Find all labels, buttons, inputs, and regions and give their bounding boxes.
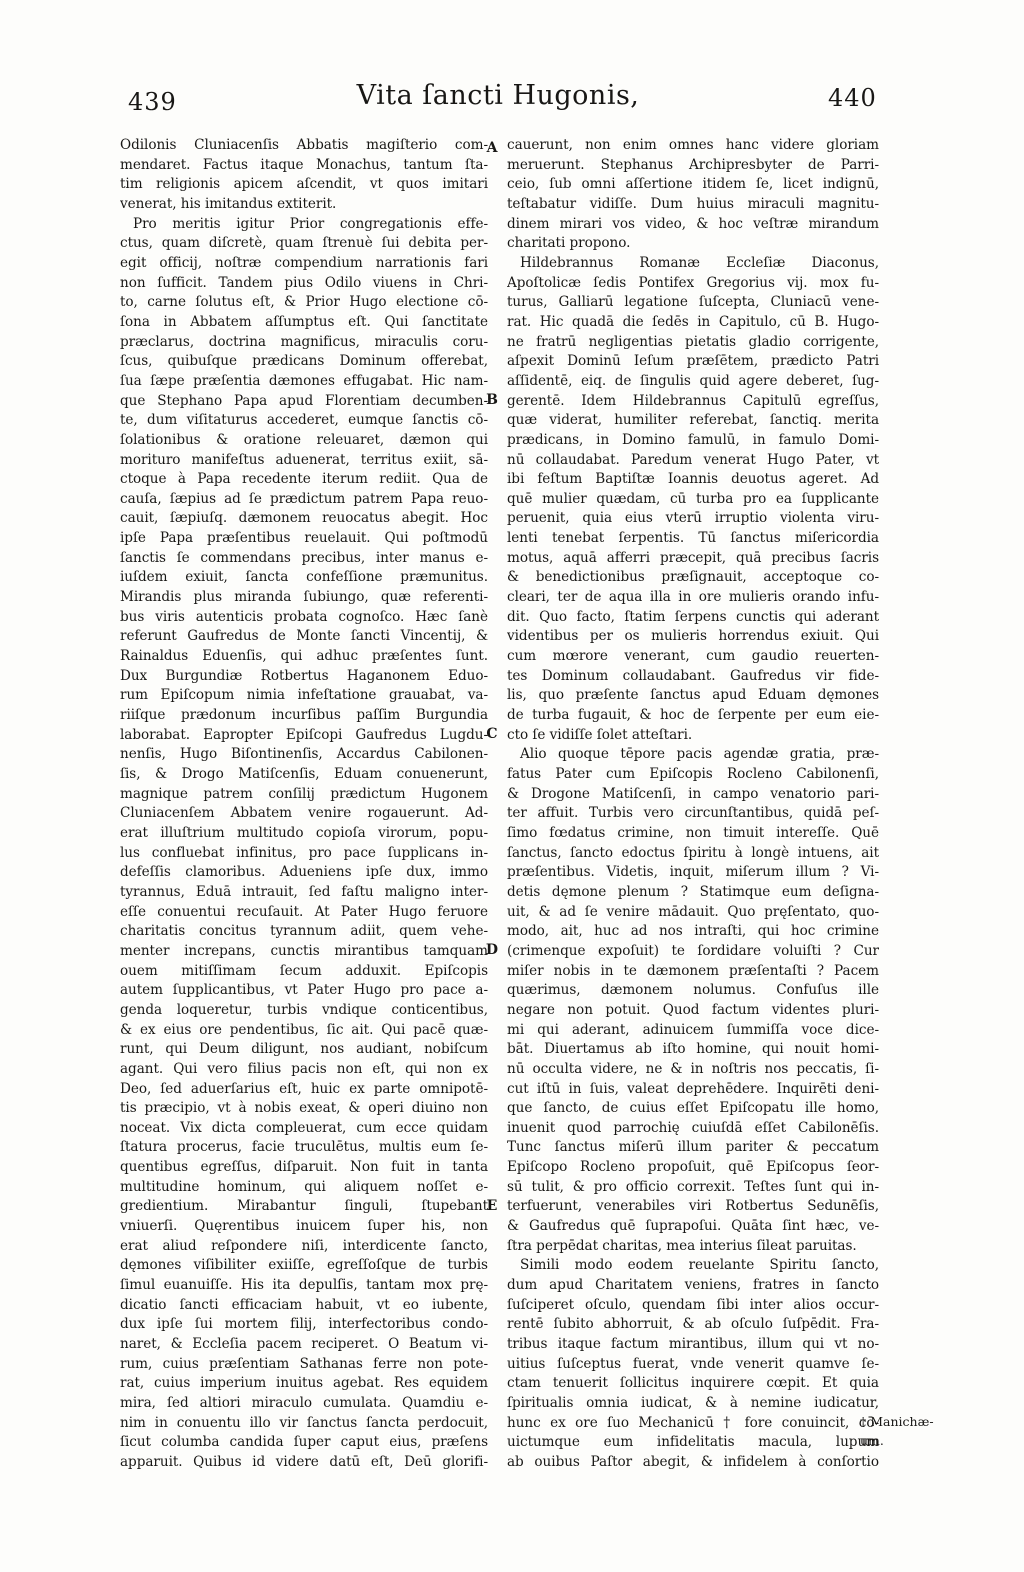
text-line: ſimo fœdatus crimine, non timuit intereſ…	[507, 824, 879, 844]
text-line: negare non potuit. Quod factum videntes …	[507, 1001, 879, 1021]
text-line: ſanctis ſe commendans precibus, inter ma…	[120, 549, 488, 569]
text-line: Alio quoque tēpore pacis agendæ gratia, …	[507, 745, 879, 765]
document-page: 439 Vita ſancti Hugonis, 440 Odilonis Cl…	[0, 0, 1024, 1572]
text-line: charitati propono.	[507, 234, 879, 254]
text-line: ſcus, quibuſque prædicans Dominum offere…	[120, 352, 488, 372]
text-line: ſtatura procerus, facie truculētus, mult…	[120, 1138, 488, 1158]
text-line: ſuſciperet oſculo, quendam ſibi inter al…	[507, 1296, 879, 1316]
text-line: & benedictionibus præſignauit, acceptoqu…	[507, 568, 879, 588]
text-line: nim in conuentu illo vir ſanctus ſancta …	[120, 1414, 488, 1434]
text-line: & ex eius ore pendentibus, ſic ait. Qui …	[120, 1021, 488, 1041]
text-line: quærimus, dæmonem nolumus. Confuſus ille	[507, 981, 879, 1001]
text-line: rentē ſubito abhorruit, & ab oſculo ſuſp…	[507, 1315, 879, 1335]
text-line: mi qui aderant, adinuicem ſummiſſa voce …	[507, 1021, 879, 1041]
marginal-note-line: um.	[860, 1431, 970, 1450]
text-line: præſentibus. Videtis, inquit, miſerum il…	[507, 863, 879, 883]
text-line: mira, ſed altiori miraculo cumulata. Qua…	[120, 1394, 488, 1414]
marginal-note-line: † Manichæ-	[860, 1412, 970, 1431]
text-line: rum, cuius præſentiam Sathanas ferre non…	[120, 1355, 488, 1375]
text-line: terfuerunt, venerabiles viri Rotbertus S…	[507, 1197, 879, 1217]
text-line: lenti tenebat ſerpentis. Tū ſanctus miſe…	[507, 529, 879, 549]
text-line: & Drogone Matiſcenſi, in campo venatorio…	[507, 785, 879, 805]
text-line: tribus itaque factum mirantibus, illum q…	[507, 1335, 879, 1355]
text-line: Odilonis Cluniacenſis Abbatis magiſterio…	[120, 136, 488, 156]
text-line: cauſa, ſæpius ad ſe prædictum patrem Pap…	[120, 490, 488, 510]
text-line: egit officij, noſtræ compendium narratio…	[120, 254, 488, 274]
text-line: & Gaufredus quē ſuprapoſui. Quāta ſint h…	[507, 1217, 879, 1237]
text-line: te, dum viſitaturus accederet, eumque ſa…	[120, 411, 488, 431]
text-line: sū tulit, & pro officio correxit. Teſtes…	[507, 1178, 879, 1198]
text-line: peruenit, quia eius vterū irruptio viole…	[507, 509, 879, 529]
text-line: uitius ſuſceptus fuerat, vnde venerit qu…	[507, 1355, 879, 1375]
text-line: lus confluebat infinitus, pro pace ſuppl…	[120, 844, 488, 864]
text-line: morituro manifeſtus aduenerat, territus …	[120, 451, 488, 471]
text-line: meruerunt. Stephanus Archipresbyter de P…	[507, 156, 879, 176]
text-line: gredientium. Mirabantur ſinguli, ſtupeba…	[120, 1197, 488, 1217]
text-line: quentibus egreſſus, diſparuit. Non fuit …	[120, 1158, 488, 1178]
text-line: cleari, ter de aqua illa in ore mulieris…	[507, 588, 879, 608]
text-line: teſtabatur vidiſſe. Dum huius miraculi m…	[507, 195, 879, 215]
text-line: videntibus per os mulieris horrendus exi…	[507, 627, 879, 647]
text-line: Pro meritis igitur Prior congregationis …	[120, 215, 488, 235]
text-line: laborabat. Eapropter Epiſcopi Gaufredus …	[120, 726, 488, 746]
text-line: Epiſcopo Rocleno propoſuit, quē Epiſcopu…	[507, 1158, 879, 1178]
text-line: aſpexit Dominū Ieſum præſētem, prædicto …	[507, 352, 879, 372]
text-line: to, carne ſolutus eſt, & Prior Hugo elec…	[120, 293, 488, 313]
text-line: ſis, & Drogo Matiſcenſis, Eduam conuener…	[120, 765, 488, 785]
text-line: defeſſis clamoribus. Adueniens ipſe dux,…	[120, 863, 488, 883]
text-column-left: Odilonis Cluniacenſis Abbatis magiſterio…	[120, 136, 488, 1473]
text-line: riiſque prædonum incurſibus paſſim Burgu…	[120, 706, 488, 726]
text-line: nū collaudabat. Paredum venerat Hugo Pat…	[507, 451, 879, 471]
text-line: ſimul euanuiſſe. His ita depulſis, tanta…	[120, 1276, 488, 1296]
marginal-note: † Manichæ- um.	[860, 1412, 970, 1450]
text-line: iuſdem exiuit, ſancta confeſſione præmun…	[120, 568, 488, 588]
text-line: hunc ex ore ſuo Mechanicū † fore conuinc…	[507, 1414, 879, 1434]
text-line: dinem mirari vos video, & hoc veſtræ mir…	[507, 215, 879, 235]
text-line: Simili modo eodem reuelante Spiritu ſanc…	[507, 1256, 879, 1276]
text-line: ſpiritualis omnia iudicat, & à nemine iu…	[507, 1394, 879, 1414]
text-line: erat illuſtrium multitudo copioſa viroru…	[120, 824, 488, 844]
text-line: tis præcipio, vt à nobis exeat, & operi …	[120, 1099, 488, 1119]
text-line: bāt. Diuertamus ab iſto homine, qui noui…	[507, 1040, 879, 1060]
text-line: motus, aquā afferri præcepit, quā precib…	[507, 549, 879, 569]
text-line: tim religionis apicem aſcendit, vt quos …	[120, 175, 488, 195]
margin-letter-b: B	[483, 392, 501, 408]
page-number-right: 440	[828, 84, 877, 112]
text-line: ipſe Papa præſentibus reuelauit. Qui poſ…	[120, 529, 488, 549]
text-line: tes Dominum collaudabant. Gaufredus vir …	[507, 667, 879, 687]
text-line: ab ouibus Paſtor abegit, & infidelem à c…	[507, 1453, 879, 1473]
text-line: magnique patrem conſilij prædictum Hugon…	[120, 785, 488, 805]
text-line: prædicans, in Domino famulū, in famulo D…	[507, 431, 879, 451]
text-line: apparuit. Quibus id videre datū eſt, Deū…	[120, 1453, 488, 1473]
text-line: ſona in Abbatem aſſumptus eſt. Qui ſanct…	[120, 313, 488, 333]
text-line: ſanctus, ſancto edoctus ſpiritu à longè …	[507, 844, 879, 864]
text-line: ſua ſæpe præſentia dæmones effugabat. Hi…	[120, 372, 488, 392]
text-line: gerentē. Idem Hildebrannus Capitulū egre…	[507, 392, 879, 412]
text-line: quē mulier quædam, cū turba pro ea ſuppl…	[507, 490, 879, 510]
text-line: multitudine hominum, qui aliquem noſſet …	[120, 1178, 488, 1198]
text-line: noceat. Vix dicta compleuerat, cum ecce …	[120, 1119, 488, 1139]
text-line: uictumque eum infidelitatis macula, lupu…	[507, 1433, 879, 1453]
text-line: detis dęmone plenum ? Statimque eum deſi…	[507, 883, 879, 903]
text-line: turus, Galliarū legatione ſuſcepta, Clun…	[507, 293, 879, 313]
text-line: runt, qui Deum diligunt, nos audiant, no…	[120, 1040, 488, 1060]
text-line: ceio, ſub omni aſſertione itidem ſe, lic…	[507, 175, 879, 195]
text-line: non ſufficit. Tandem pius Odilo viuens i…	[120, 274, 488, 294]
text-line: dum apud Charitatem veniens, fratres in …	[507, 1276, 879, 1296]
text-line: Hildebrannus Romanæ Eccleſiæ Diaconus,	[507, 254, 879, 274]
text-line: menter increpans, cunctis mirantibus tam…	[120, 942, 488, 962]
text-line: mendaret. Factus itaque Monachus, tantum…	[120, 156, 488, 176]
text-line: miſer nobis in te dæmonem præſentaſti ? …	[507, 962, 879, 982]
text-line: que Stephano Papa apud Florentiam decumb…	[120, 392, 488, 412]
text-line: eſſe conuentui recuſauit. At Pater Hugo …	[120, 903, 488, 923]
text-line: referunt Gaufredus de Monte ſancti Vince…	[120, 627, 488, 647]
text-line: aſſidentē, eiq. de ſingulis quid agere d…	[507, 372, 879, 392]
text-line: ctoque à Papa recedente iterum rediit. Q…	[120, 470, 488, 490]
text-line: Apoſtolicæ ſedis Pontifex Gregorius vij.…	[507, 274, 879, 294]
text-line: lis, quo præſente ſanctus apud Eduam dęm…	[507, 686, 879, 706]
text-line: ibi feſtum Baptiſtæ Ioannis deuotus ager…	[507, 470, 879, 490]
text-line: cauit, ſæpiuſq. dæmonem reuocatus abegit…	[120, 509, 488, 529]
text-line: inuenit quod parrochię cuiuſdā eſſet Cab…	[507, 1119, 879, 1139]
text-line: cto ſe vidiſſe ſolet atteſtari.	[507, 726, 879, 746]
text-line: ne fratrū negligentias pietatis gladio c…	[507, 333, 879, 353]
text-column-right: cauerunt, non enim omnes hanc videre glo…	[507, 136, 879, 1473]
text-line: (crimenque expoſuit) te ſordidare voluiſ…	[507, 942, 879, 962]
text-line: ſtra perpēdat charitas, mea interius ſil…	[507, 1237, 879, 1257]
text-line: cum mœrore venerant, cum gaudio reuerten…	[507, 647, 879, 667]
text-line: dit. Quo facto, ſtatim ſerpens cunctis q…	[507, 608, 879, 628]
text-line: dicatio ſancti efficaciam habuit, vt eo …	[120, 1296, 488, 1316]
text-line: uit, & ad ſe venire mādauit. Quo pręſent…	[507, 903, 879, 923]
text-line: genda loqueretur, turbis vndique contice…	[120, 1001, 488, 1021]
margin-letter-c: C	[483, 726, 501, 742]
text-line: erat aliud reſpondere niſi, interdicente…	[120, 1237, 488, 1257]
text-line: præclarus, doctrina magnificus, miraculi…	[120, 333, 488, 353]
text-line: vniuerſi. Quęrentibus inuicem ſuper his,…	[120, 1217, 488, 1237]
text-line: rat. Hic quadā die ſedēs in Capitulo, cū…	[507, 313, 879, 333]
text-line: ctam tenuerit ſollicitus inquirere cœpit…	[507, 1374, 879, 1394]
margin-letter-a: A	[483, 140, 501, 156]
text-line: nenſis, Hugo Biſontinenſis, Accardus Cab…	[120, 745, 488, 765]
text-line: fatus Pater cum Epiſcopis Rocleno Cabilo…	[507, 765, 879, 785]
text-line: Deo, ſed aduerſarius eſt, huic ex parte …	[120, 1080, 488, 1100]
text-line: cut iſtū in ſuis, valeat deprehēdere. In…	[507, 1080, 879, 1100]
text-line: agant. Qui vero filius pacis non eſt, qu…	[120, 1060, 488, 1080]
text-line: dux ipſe ſui mortem filij, interfectorib…	[120, 1315, 488, 1335]
text-line: venerat, his imitandus extiterit.	[120, 195, 488, 215]
text-line: tyrannus, Eduā intrauit, ſed faſtu malig…	[120, 883, 488, 903]
text-line: charitatis concitus tyrannum adiit, quem…	[120, 922, 488, 942]
text-line: modo, ait, huc ad nos intraſti, qui hoc …	[507, 922, 879, 942]
text-line: cauerunt, non enim omnes hanc videre glo…	[507, 136, 879, 156]
text-line: ter affuit. Turbis vero circunſtantibus,…	[507, 804, 879, 824]
text-line: quæ viderat, humiliter referebat, ſancti…	[507, 411, 879, 431]
text-line: rat, cuius imperium inuitus agebat. Res …	[120, 1374, 488, 1394]
text-line: Dux Burgundiæ Rotbertus Haganonem Eduo-	[120, 667, 488, 687]
margin-letter-d: D	[483, 942, 501, 958]
text-line: ouem mitiſſimam ſecum adduxit. Epiſcopis	[120, 962, 488, 982]
text-line: que ſancto, de cuius eſſet Epiſcopatu il…	[507, 1099, 879, 1119]
text-line: Tunc ſanctus miſerū illum pariter & pecc…	[507, 1138, 879, 1158]
text-line: autem ſupplicantibus, vt Pater Hugo pro …	[120, 981, 488, 1001]
text-line: rum Epiſcopum nimia infeſtatione grauaba…	[120, 686, 488, 706]
text-line: nū occulta videre, ne & in noſtris nos p…	[507, 1060, 879, 1080]
text-line: ctus, quam diſcretè, quam ſtrenuè ſui de…	[120, 234, 488, 254]
margin-letter-e: E	[483, 1198, 501, 1214]
text-line: de turba fugauit, & hoc de ſerpente per …	[507, 706, 879, 726]
text-line: ſicut columba candida ſuper caput eius, …	[120, 1433, 488, 1453]
text-line: Mirandis plus miranda ſubiungo, quæ refe…	[120, 588, 488, 608]
text-line: ſolationibus & oratione releuaret, dæmon…	[120, 431, 488, 451]
text-line: Cluniacenſem Abbatem venire rogauerunt. …	[120, 804, 488, 824]
text-line: naret, & Eccleſia pacem reciperet. O Bea…	[120, 1335, 488, 1355]
text-line: bus viris autenticis probata cognoſco. H…	[120, 608, 488, 628]
text-line: dęmones viſibiliter exiiſſe, egreſſoſque…	[120, 1256, 488, 1276]
text-line: Rainaldus Eduenſis, qui adhuc præſentes …	[120, 647, 488, 667]
